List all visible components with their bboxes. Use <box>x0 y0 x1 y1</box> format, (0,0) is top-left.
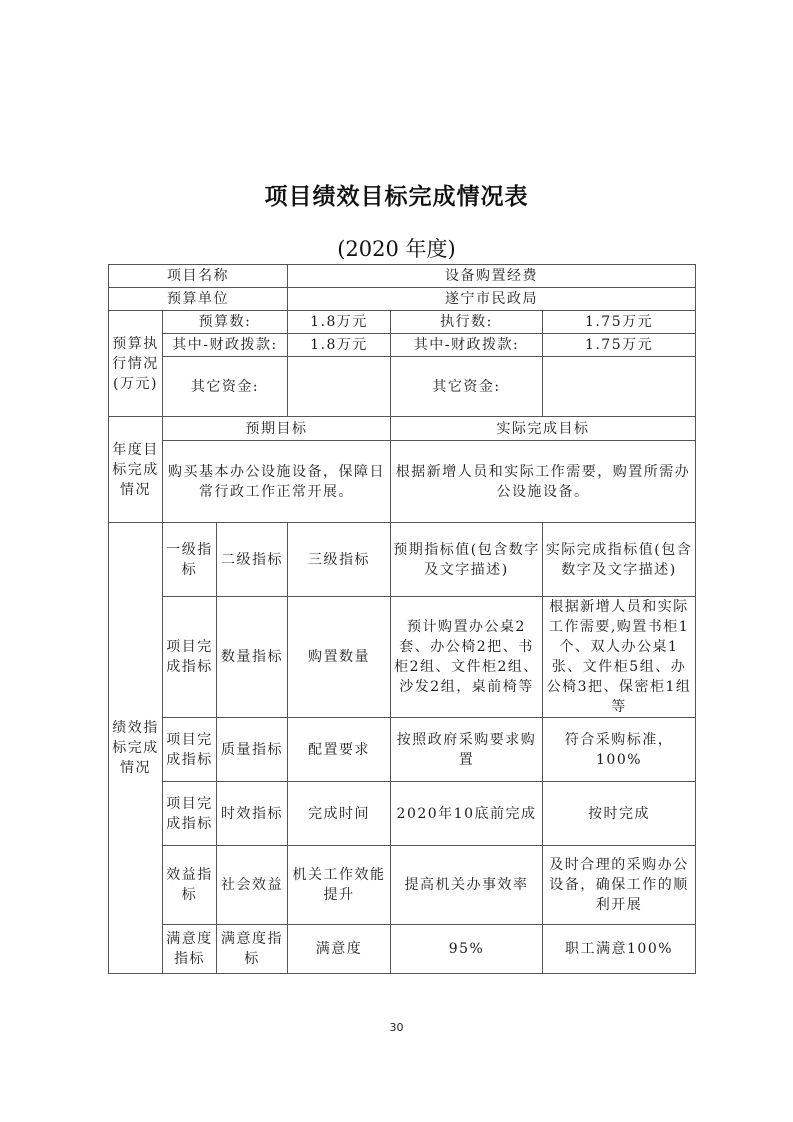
other-funds-label-budget: 其它资金: <box>163 357 288 417</box>
budget-exec-section-label: 预算执行情况(万元) <box>109 311 163 417</box>
header-expected: 预期指标值(包含数字及文字描述) <box>391 523 543 597</box>
project-name-label: 项目名称 <box>109 265 288 288</box>
row-actual: 符合采购标准，100% <box>543 718 696 782</box>
performance-table: 项目名称 设备购置经费 预算单位 遂宁市民政局 预算执行情况(万元) 预算数: … <box>108 264 696 974</box>
budget-row: 预算执行情况(万元) 预算数: 1.8万元 执行数: 1.75万元 <box>109 311 696 334</box>
performance-section-label: 绩效指标完成情况 <box>109 523 163 974</box>
table-row: 效益指标 社会效益 机关工作效能提升 提高机关办事效率 及时合理的采购办公设备，… <box>109 846 696 925</box>
header-level1: 一级指标 <box>163 523 217 597</box>
table-row: 项目完成指标 数量指标 购置数量 预计购置办公桌2套、办公椅2把、书柜2组、文件… <box>109 597 696 718</box>
annual-goal-section-label: 年度目标完成情况 <box>109 417 163 523</box>
table-row: 项目完成指标 时效指标 完成时间 2020年10底前完成 按时完成 <box>109 782 696 846</box>
row-level3: 完成时间 <box>288 782 391 846</box>
row-level2: 数量指标 <box>217 597 288 718</box>
project-name-value: 设备购置经费 <box>288 265 696 288</box>
annual-goal-header-row: 年度目标完成情况 预期目标 实际完成目标 <box>109 417 696 441</box>
annual-goal-content-row: 购买基本办公设施设备，保障日常行政工作正常开展。 根据新增人员和实际工作需要，购… <box>109 441 696 523</box>
row-level3: 机关工作效能提升 <box>288 846 391 925</box>
document-subtitle: (2020 年度) <box>0 233 793 263</box>
expected-goal-text: 购买基本办公设施设备，保障日常行政工作正常开展。 <box>163 441 391 523</box>
row-expected: 预计购置办公桌2套、办公椅2把、书柜2组、文件柜2组、沙发2组，桌前椅等 <box>391 597 543 718</box>
row-level1: 满意度指标 <box>163 925 217 974</box>
row-actual: 及时合理的采购办公设备，确保工作的顺利开展 <box>543 846 696 925</box>
other-funds-row: 其它资金: 其它资金: <box>109 357 696 417</box>
row-level3: 配置要求 <box>288 718 391 782</box>
table-row: 满意度指标 满意度指标 满意度 95% 职工满意100% <box>109 925 696 974</box>
other-funds-value-exec <box>543 357 696 417</box>
project-name-row: 项目名称 设备购置经费 <box>109 265 696 288</box>
row-level1: 项目完成指标 <box>163 718 217 782</box>
budget-value: 1.8万元 <box>288 311 391 334</box>
fiscal-row: 其中-财政拨款: 1.8万元 其中-财政拨款: 1.75万元 <box>109 334 696 357</box>
row-level2: 满意度指标 <box>217 925 288 974</box>
document-title: 项目绩效目标完成情况表 <box>0 178 793 211</box>
other-funds-label-exec: 其它资金: <box>391 357 543 417</box>
other-funds-value-budget <box>288 357 391 417</box>
row-level2: 质量指标 <box>217 718 288 782</box>
table-row: 项目完成指标 质量指标 配置要求 按照政府采购要求购置 符合采购标准，100% <box>109 718 696 782</box>
row-level2: 社会效益 <box>217 846 288 925</box>
fiscal-label-budget: 其中-财政拨款: <box>163 334 288 357</box>
fiscal-value-exec: 1.75万元 <box>543 334 696 357</box>
expected-goal-header: 预期目标 <box>163 417 391 441</box>
actual-goal-text: 根据新增人员和实际工作需要，购置所需办公设施设备。 <box>391 441 696 523</box>
exec-value: 1.75万元 <box>543 311 696 334</box>
row-level3: 购置数量 <box>288 597 391 718</box>
row-actual: 职工满意100% <box>543 925 696 974</box>
actual-goal-header: 实际完成目标 <box>391 417 696 441</box>
exec-label: 执行数: <box>391 311 543 334</box>
row-actual: 按时完成 <box>543 782 696 846</box>
row-actual: 根据新增人员和实际工作需要,购置书柜1个、双人办公桌1张、文件柜5组、办公椅3把… <box>543 597 696 718</box>
row-expected: 95% <box>391 925 543 974</box>
row-level1: 项目完成指标 <box>163 782 217 846</box>
row-level3: 满意度 <box>288 925 391 974</box>
page-number: 30 <box>0 1021 793 1034</box>
fiscal-label-exec: 其中-财政拨款: <box>391 334 543 357</box>
budget-unit-row: 预算单位 遂宁市民政局 <box>109 288 696 311</box>
row-level2: 时效指标 <box>217 782 288 846</box>
budget-unit-label: 预算单位 <box>109 288 288 311</box>
header-level2: 二级指标 <box>217 523 288 597</box>
row-expected: 按照政府采购要求购置 <box>391 718 543 782</box>
indicator-header-row: 绩效指标完成情况 一级指标 二级指标 三级指标 预期指标值(包含数字及文字描述)… <box>109 523 696 597</box>
header-actual: 实际完成指标值(包含数字及文字描述) <box>543 523 696 597</box>
fiscal-value-budget: 1.8万元 <box>288 334 391 357</box>
budget-label: 预算数: <box>163 311 288 334</box>
budget-unit-value: 遂宁市民政局 <box>288 288 696 311</box>
row-expected: 提高机关办事效率 <box>391 846 543 925</box>
row-level1: 项目完成指标 <box>163 597 217 718</box>
row-expected: 2020年10底前完成 <box>391 782 543 846</box>
header-level3: 三级指标 <box>288 523 391 597</box>
row-level1: 效益指标 <box>163 846 217 925</box>
